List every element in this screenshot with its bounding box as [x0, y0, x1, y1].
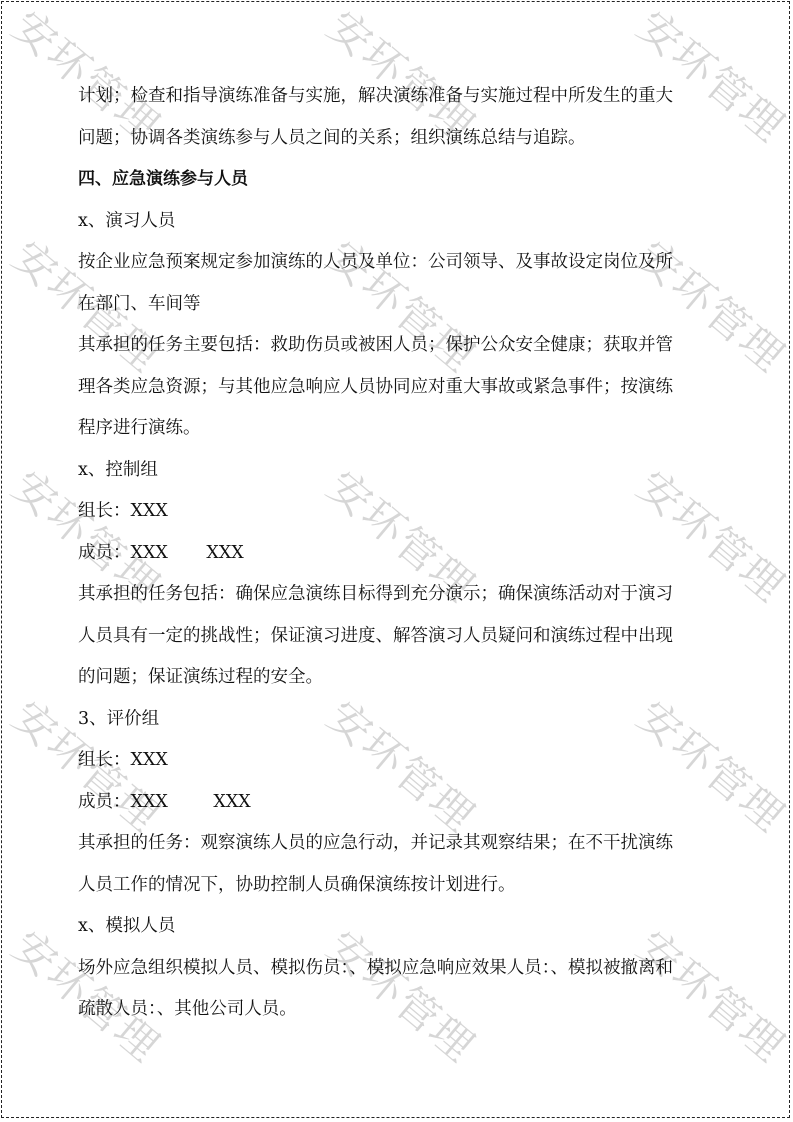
- paragraph-line: 程序进行演练。: [78, 408, 728, 450]
- subsection-title: 3、评价组: [78, 699, 728, 741]
- paragraph-line: 其承担的任务包括：确保应急演练目标得到充分演示；确保演练活动对于演习: [78, 574, 728, 616]
- group-leader: 组长：XXX: [78, 491, 728, 533]
- document-body: 计划；检查和指导演练准备与实施，解决演练准备与实施过程中所发生的重大 问题；协调…: [78, 76, 728, 1031]
- paragraph-line: 计划；检查和指导演练准备与实施，解决演练准备与实施过程中所发生的重大: [78, 76, 728, 118]
- group-members: 成员：XXXXXX: [78, 533, 728, 575]
- paragraph-line: 人员具有一定的挑战性；保证演习进度、解答演习人员疑问和演练过程中出现: [78, 616, 728, 658]
- paragraph-line: 按企业应急预案规定参加演练的人员及单位：公司领导、及事故设定岗位及所: [78, 242, 728, 284]
- paragraph-line: 其承担的任务：观察演练人员的应急行动，并记录其观察结果；在不干扰演练: [78, 823, 728, 865]
- section-heading: 四、应急演练参与人员: [78, 159, 728, 201]
- group-members: 成员：XXXXXX: [78, 782, 728, 824]
- paragraph-line: 疏散人员：、其他公司人员。: [78, 989, 728, 1031]
- members-label: 成员：XXX: [78, 792, 168, 812]
- subsection-title: x、演习人员: [78, 201, 728, 243]
- paragraph-line: 的问题；保证演练过程的安全。: [78, 657, 728, 699]
- paragraph-line: 其承担的任务主要包括：救助伤员或被困人员；保护公众安全健康；获取并管: [78, 325, 728, 367]
- paragraph-line: 场外应急组织模拟人员、模拟伤员：、模拟应急响应效果人员：、模拟被撤离和: [78, 948, 728, 990]
- group-leader: 组长：XXX: [78, 740, 728, 782]
- paragraph-line: 理各类应急资源；与其他应急响应人员协同应对重大事故或紧急事件；按演练: [78, 367, 728, 409]
- members-extra: XXX: [213, 792, 250, 812]
- paragraph-line: 人员工作的情况下，协助控制人员确保演练按计划进行。: [78, 865, 728, 907]
- members-extra: XXX: [206, 543, 243, 563]
- subsection-title: x、模拟人员: [78, 906, 728, 948]
- subsection-title: x、控制组: [78, 450, 728, 492]
- members-label: 成员：XXX: [78, 543, 168, 563]
- paragraph-line: 问题；协调各类演练参与人员之间的关系；组织演练总结与追踪。: [78, 118, 728, 160]
- paragraph-line: 在部门、车间等: [78, 284, 728, 326]
